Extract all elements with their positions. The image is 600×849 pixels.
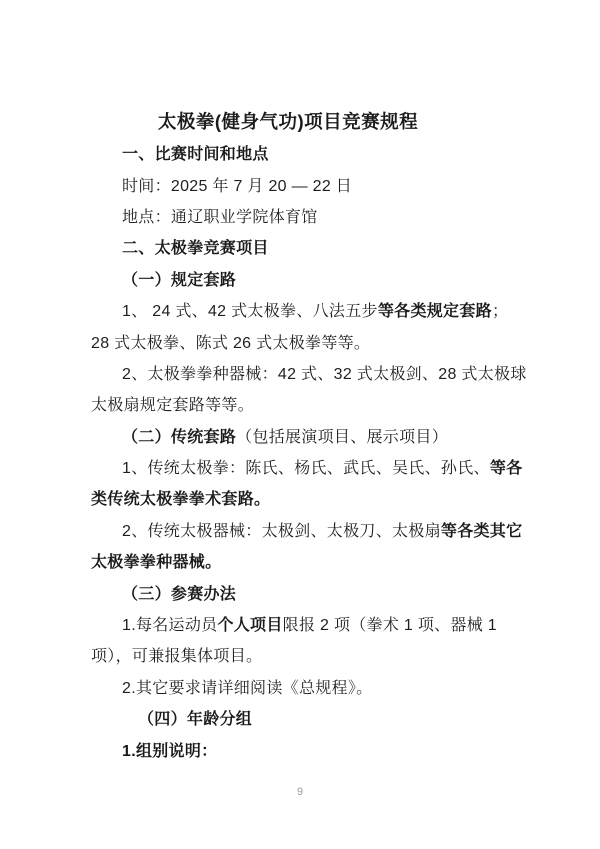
- document-body: 一、比赛时间和地点时间：2025 年 7 月 20 — 22 日地点：通辽职业学…: [91, 137, 511, 765]
- bold-text-run: 太极拳拳种器械。: [91, 549, 221, 572]
- text-line: 地点：通辽职业学院体育馆: [91, 200, 511, 231]
- text-run: 1、 24 式、42 式太极拳、八法五步: [122, 298, 378, 321]
- text-line: 1.每名运动员个人项目限报 2 项（拳术 1 项、器械 1: [91, 608, 511, 639]
- text-line: （三）参赛办法: [91, 576, 511, 607]
- text-run: 1.每名运动员: [122, 612, 217, 635]
- text-run: 时间：2025 年 7 月 20 — 22 日: [122, 173, 352, 196]
- bold-text-run: 个人项目: [217, 612, 282, 635]
- text-run: 28 式太极拳、陈式 26 式太极拳等等。: [91, 330, 370, 353]
- text-line: 1.组别说明：: [91, 733, 511, 764]
- text-run: 2、太极拳拳种器械：42 式、32 式太极剑、28 式太极球: [122, 361, 527, 384]
- text-line: 类传统太极拳拳术套路。: [91, 482, 511, 513]
- text-line: 太极扇规定套路等等。: [91, 388, 511, 419]
- bold-text-run: （一）规定套路: [122, 267, 236, 290]
- text-line: 二、太极拳竞赛项目: [91, 231, 511, 262]
- bold-text-run: 一、比赛时间和地点: [122, 141, 269, 164]
- text-line: 1、 24 式、42 式太极拳、八法五步等各类规定套路；: [91, 294, 511, 325]
- bold-text-run: 等各: [490, 455, 523, 478]
- text-line: 2、传统太极器械：太极剑、太极刀、太极扇等各类其它: [91, 514, 511, 545]
- text-line: （二）传统套路（包括展演项目、展示项目）: [91, 420, 511, 451]
- bold-text-run: （三）参赛办法: [122, 581, 236, 604]
- document-page: 太极拳(健身气功)项目竞赛规程 一、比赛时间和地点时间：2025 年 7 月 2…: [0, 0, 600, 849]
- text-line: （四）年龄分组: [91, 702, 511, 733]
- bold-text-run: 1.组别说明：: [122, 738, 217, 761]
- text-run: 太极扇规定套路等等。: [91, 392, 254, 415]
- text-run: 地点：通辽职业学院体育馆: [122, 204, 318, 227]
- text-line: 太极拳拳种器械。: [91, 545, 511, 576]
- text-line: 2.其它要求请详细阅读《总规程》。: [91, 671, 511, 702]
- text-line: 1、传统太极拳：陈氏、杨氏、武氏、吴氏、孙氏、等各: [91, 451, 511, 482]
- document-title: 太极拳(健身气功)项目竞赛规程: [78, 109, 498, 135]
- bold-text-run: （二）传统套路: [122, 424, 236, 447]
- text-run: ；: [492, 298, 508, 321]
- text-run: 限报 2 项（拳术 1 项、器械 1: [283, 612, 497, 635]
- text-run: 1、传统太极拳：陈氏、杨氏、武氏、吴氏、孙氏、: [122, 455, 490, 478]
- text-run: 2.其它要求请详细阅读《总规程》。: [122, 675, 372, 698]
- bold-text-run: （四）年龄分组: [138, 706, 252, 729]
- text-run: 2、传统太极器械：太极剑、太极刀、太极扇: [122, 518, 441, 541]
- bold-text-run: 类传统太极拳拳术套路。: [91, 486, 270, 509]
- text-line: 一、比赛时间和地点: [91, 137, 511, 168]
- bold-text-run: 等各类规定套路: [378, 298, 492, 321]
- text-line: （一）规定套路: [91, 263, 511, 294]
- bold-text-run: 二、太极拳竞赛项目: [122, 235, 269, 258]
- text-run: 项），可兼报集体项目。: [91, 643, 262, 666]
- page-number: 9: [0, 786, 600, 798]
- text-line: 2、太极拳拳种器械：42 式、32 式太极剑、28 式太极球: [91, 357, 511, 388]
- text-line: 时间：2025 年 7 月 20 — 22 日: [91, 168, 511, 199]
- text-line: 项），可兼报集体项目。: [91, 639, 511, 670]
- text-run: （包括展演项目、展示项目）: [236, 424, 448, 447]
- text-line: 28 式太极拳、陈式 26 式太极拳等等。: [91, 325, 511, 356]
- bold-text-run: 等各类其它: [441, 518, 523, 541]
